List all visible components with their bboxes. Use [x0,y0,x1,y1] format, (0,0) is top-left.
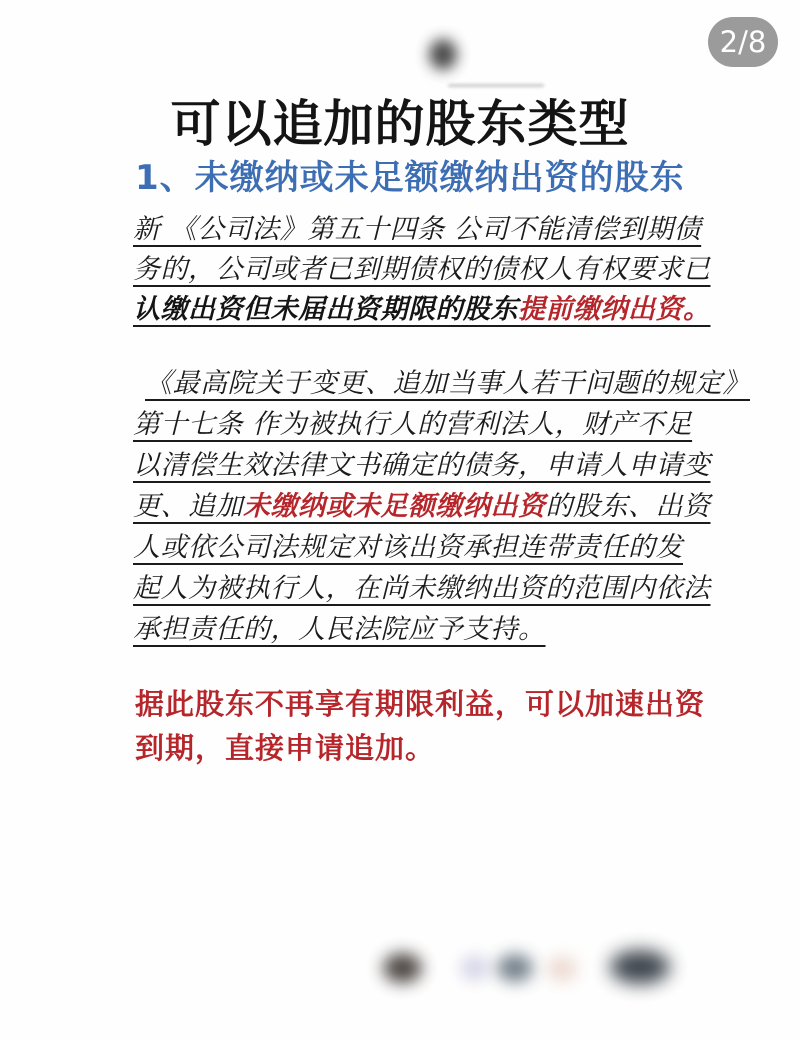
blurred-watermark-icon [460,955,490,981]
underlined-text: 《最高院关于变更、追加当事人若干问题的规定》 [145,368,750,399]
text-line: 新 《公司法》第五十四条 公司不能清偿到期债 [133,212,713,252]
text-line: 据此股东不再享有期限利益，可以加速出资 [135,684,715,728]
conclusion-paragraph: 据此股东不再享有期限利益，可以加速出资 到期，直接申请追加。 [135,684,715,772]
blurred-watermark-icon [610,950,670,984]
text-line: 起人为被执行人，在尚未缴纳出资的范围内依法 [133,571,713,612]
legal-quote-paragraph-1: 新 《公司法》第五十四条 公司不能清偿到期债 务的，公司或者已到期债权的债权人有… [133,212,713,332]
underlined-text: 新 《公司法》第五十四条 公司不能清偿到期债 [133,214,701,245]
underlined-text: 第十七条 作为被执行人的营利法人，财产不足 [133,409,692,440]
text-line: 第十七条 作为被执行人的营利法人，财产不足 [133,407,713,448]
text-line: 更、追加未缴纳或未足额缴纳出资的股东、出资 [133,489,713,530]
underlined-text: 更、追加未缴纳或未足额缴纳出资的股东、出资 [133,491,711,522]
underlined-text: 务的，公司或者已到期债权的债权人有权要求已 [133,254,711,285]
text-line: 到期，直接申请追加。 [135,728,715,772]
text-line: 务的，公司或者已到期债权的债权人有权要求已 [133,252,713,292]
text-line: 《最高院关于变更、追加当事人若干问题的规定》 [133,366,713,407]
bold-text: 认缴出资但未届出资期限的股东 [133,294,518,325]
text-line: 人或依公司法规定对该出资承担连带责任的发 [133,530,713,571]
slide-page: 2/8 可以追加的股东类型 1、未缴纳或未足额缴纳出资的股东 新 《公司法》第五… [0,0,800,1041]
blurred-watermark-icon [383,953,422,983]
text-line: 认缴出资但未届出资期限的股东提前缴纳出资。 [133,292,713,332]
underlined-text: 认缴出资但未届出资期限的股东提前缴纳出资。 [133,294,711,325]
blurred-watermark-icon [497,954,533,982]
blurred-watermark-icon [547,957,577,981]
page-title: 可以追加的股东类型 [0,84,800,156]
blurred-logo-icon [429,39,457,70]
page-indicator-badge: 2/8 [708,17,778,67]
red-emphasis-text: 未缴纳或未足额缴纳出资 [243,491,546,522]
underlined-text: 承担责任的，人民法院应予支持。 [133,614,546,645]
plain-text: 更、追加 [133,491,243,522]
underlined-text: 起人为被执行人，在尚未缴纳出资的范围内依法 [133,573,711,604]
plain-text: 的股东、出资 [546,491,711,522]
text-line: 以清偿生效法律文书确定的债务，申请人申请变 [133,448,713,489]
section-heading: 1、未缴纳或未足额缴纳出资的股东 [135,150,685,199]
underlined-text: 以清偿生效法律文书确定的债务，申请人申请变 [133,450,711,481]
underlined-text: 人或依公司法规定对该出资承担连带责任的发 [133,532,683,563]
red-emphasis-text: 提前缴纳出资。 [518,294,711,325]
text-line: 承担责任的，人民法院应予支持。 [133,612,713,653]
legal-quote-paragraph-2: 《最高院关于变更、追加当事人若干问题的规定》 第十七条 作为被执行人的营利法人，… [133,366,713,653]
